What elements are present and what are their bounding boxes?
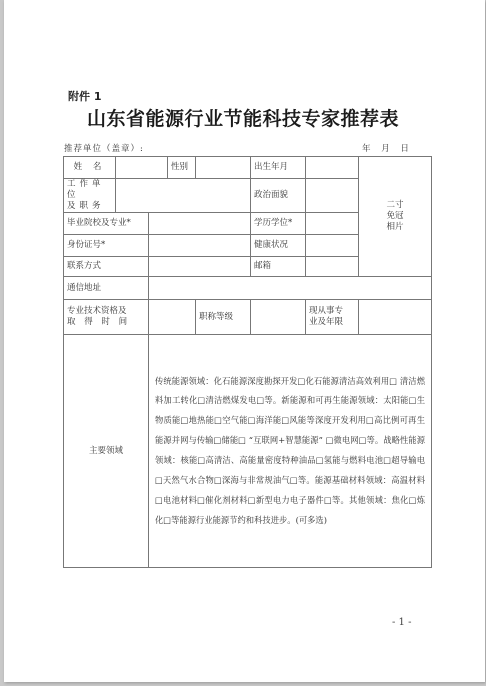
years-label: 现从事专 业及年限 bbox=[306, 300, 359, 335]
degree-label: 学历学位* bbox=[251, 213, 306, 235]
email-field[interactable] bbox=[306, 257, 359, 277]
photo-line2: 免冠 bbox=[362, 211, 428, 222]
political-field[interactable] bbox=[306, 179, 359, 213]
work-unit-field[interactable] bbox=[116, 179, 251, 213]
school-label: 毕业院校及专业* bbox=[64, 213, 149, 235]
school-field[interactable] bbox=[149, 213, 251, 235]
photo-line3: 相片 bbox=[362, 222, 428, 233]
document-title: 山东省能源行业节能科技专家推荐表 bbox=[0, 104, 486, 131]
photo-box[interactable]: 二寸 免冠 相片 bbox=[359, 157, 432, 277]
work-unit-label: 工作单位 及职务 bbox=[64, 179, 116, 213]
recommendation-form-table: 姓 名 性别 出生年月 二寸 免冠 相片 工作单位 及职务 政治面貌 毕业院校及… bbox=[63, 156, 432, 568]
political-label: 政治面貌 bbox=[251, 179, 306, 213]
title-level-field[interactable] bbox=[251, 300, 306, 335]
qualification-field[interactable] bbox=[149, 300, 196, 335]
address-label: 通信地址 bbox=[64, 277, 149, 300]
fields-label: 主要领域 bbox=[64, 335, 149, 568]
health-field[interactable] bbox=[306, 235, 359, 257]
date-label: 年 月 日 bbox=[362, 142, 409, 154]
degree-field[interactable] bbox=[306, 213, 359, 235]
years-field[interactable] bbox=[359, 300, 432, 335]
contact-field[interactable] bbox=[149, 257, 251, 277]
recommender-label: 推荐单位（盖章）: bbox=[64, 142, 144, 154]
photo-line1: 二寸 bbox=[362, 200, 428, 211]
page-number: - 1 - bbox=[392, 617, 411, 628]
title-level-label: 职称等级 bbox=[196, 300, 251, 335]
birth-field[interactable] bbox=[306, 157, 359, 179]
gender-field[interactable] bbox=[196, 157, 251, 179]
qualification-label: 专业技术资格及 取 得 时 间 bbox=[64, 300, 149, 335]
email-label: 邮箱 bbox=[251, 257, 306, 277]
id-field[interactable] bbox=[149, 235, 251, 257]
birth-label: 出生年月 bbox=[251, 157, 306, 179]
name-label: 姓 名 bbox=[64, 157, 116, 179]
attachment-label: 附件 1 bbox=[68, 88, 101, 104]
gender-label: 性别 bbox=[168, 157, 196, 179]
name-field[interactable] bbox=[116, 157, 168, 179]
contact-label: 联系方式 bbox=[64, 257, 149, 277]
fields-options[interactable]: 传统能源领域：化石能源深度勘探开发□化石能源清洁高效利用□ 清洁燃料加工转化□清… bbox=[149, 335, 432, 568]
health-label: 健康状况 bbox=[251, 235, 306, 257]
id-label: 身份证号* bbox=[64, 235, 149, 257]
address-field[interactable] bbox=[149, 277, 432, 300]
